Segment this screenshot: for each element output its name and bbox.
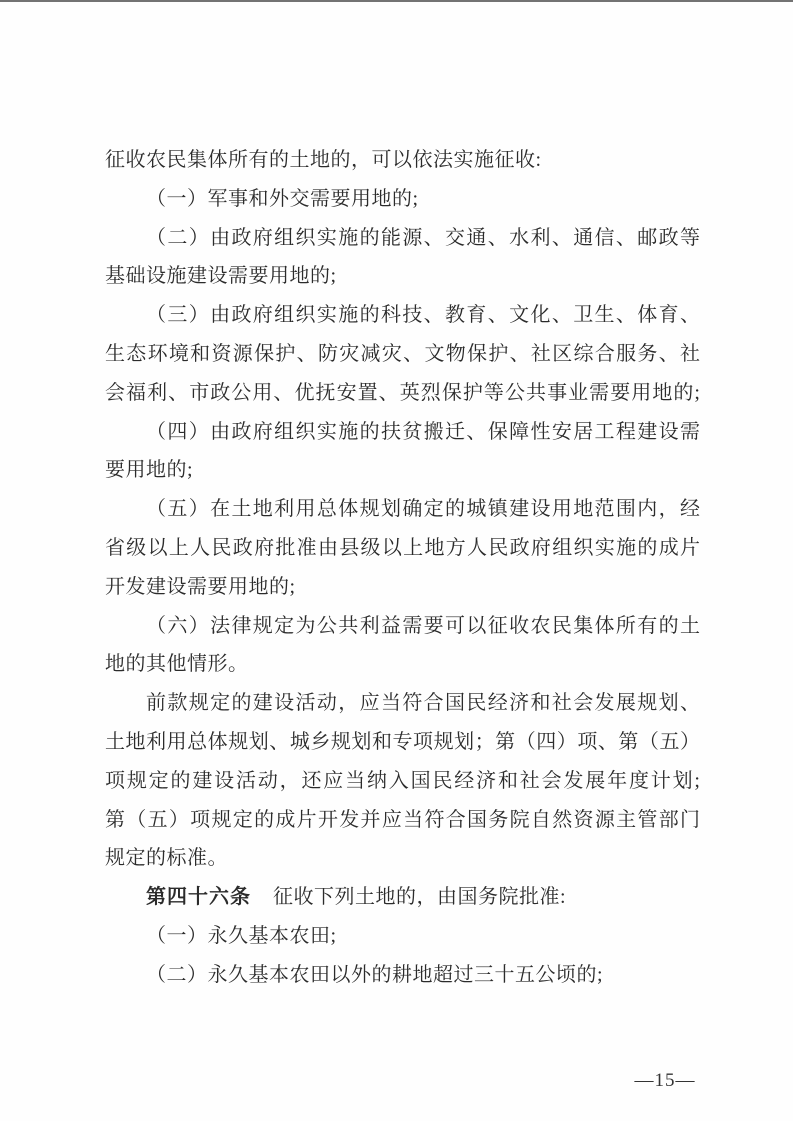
text-line: （四）由政府组织实施的扶贫搬迁、保障性安居工程建设需 (105, 413, 700, 452)
text-line: （三）由政府组织实施的科技、教育、文化、卫生、体育、 (105, 296, 700, 335)
text-line: （二）永久基本农田以外的耕地超过三十五公顷的; (105, 956, 700, 995)
text-line article-line: 第四十六条征收下列土地的，由国务院批准: (105, 878, 700, 917)
text-line: 地的其他情形。 (105, 645, 700, 684)
article-number-label: 第四十六条 (146, 886, 251, 908)
page-number: —15— (597, 1066, 733, 1096)
document-page: 征收农民集体所有的土地的，可以依法实施征收: （一）军事和外交需要用地的; （二… (0, 0, 793, 1121)
text-line: 基础设施建设需要用地的; (105, 257, 700, 296)
text-line: 开发建设需要用地的; (105, 568, 700, 607)
text-line: （二）由政府组织实施的能源、交通、水利、通信、邮政等 (105, 219, 700, 258)
text-line: 第（五）项规定的成片开发并应当符合国务院自然资源主管部门 (105, 801, 700, 840)
scan-edge-artifact (0, 0, 793, 2)
text-line: 省级以上人民政府批准由县级以上地方人民政府组织实施的成片 (105, 529, 700, 568)
article-text: 征收下列土地的，由国务院批准: (273, 886, 566, 908)
text-line: 会福利、市政公用、优抚安置、英烈保护等公共事业需要用地的; (105, 374, 700, 413)
text-line: （一）军事和外交需要用地的; (105, 180, 700, 219)
text-line: 土地利用总体规划、城乡规划和专项规划；第（四）项、第（五） (105, 723, 700, 762)
text-line: 征收农民集体所有的土地的，可以依法实施征收: (105, 141, 700, 180)
text-line: 规定的标准。 (105, 839, 700, 878)
text-line: （五）在土地利用总体规划确定的城镇建设用地范围内，经 (105, 490, 700, 529)
text-line: （一）永久基本农田; (105, 917, 700, 956)
document-body: 征收农民集体所有的土地的，可以依法实施征收: （一）军事和外交需要用地的; （二… (105, 141, 700, 995)
text-line: （六）法律规定为公共利益需要可以征收农民集体所有的土 (105, 607, 700, 646)
text-line: 要用地的; (105, 451, 700, 490)
text-line: 前款规定的建设活动，应当符合国民经济和社会发展规划、 (105, 684, 700, 723)
text-line: 生态环境和资源保护、防灾减灾、文物保护、社区综合服务、社 (105, 335, 700, 374)
text-line: 项规定的建设活动，还应当纳入国民经济和社会发展年度计划; (105, 762, 700, 801)
